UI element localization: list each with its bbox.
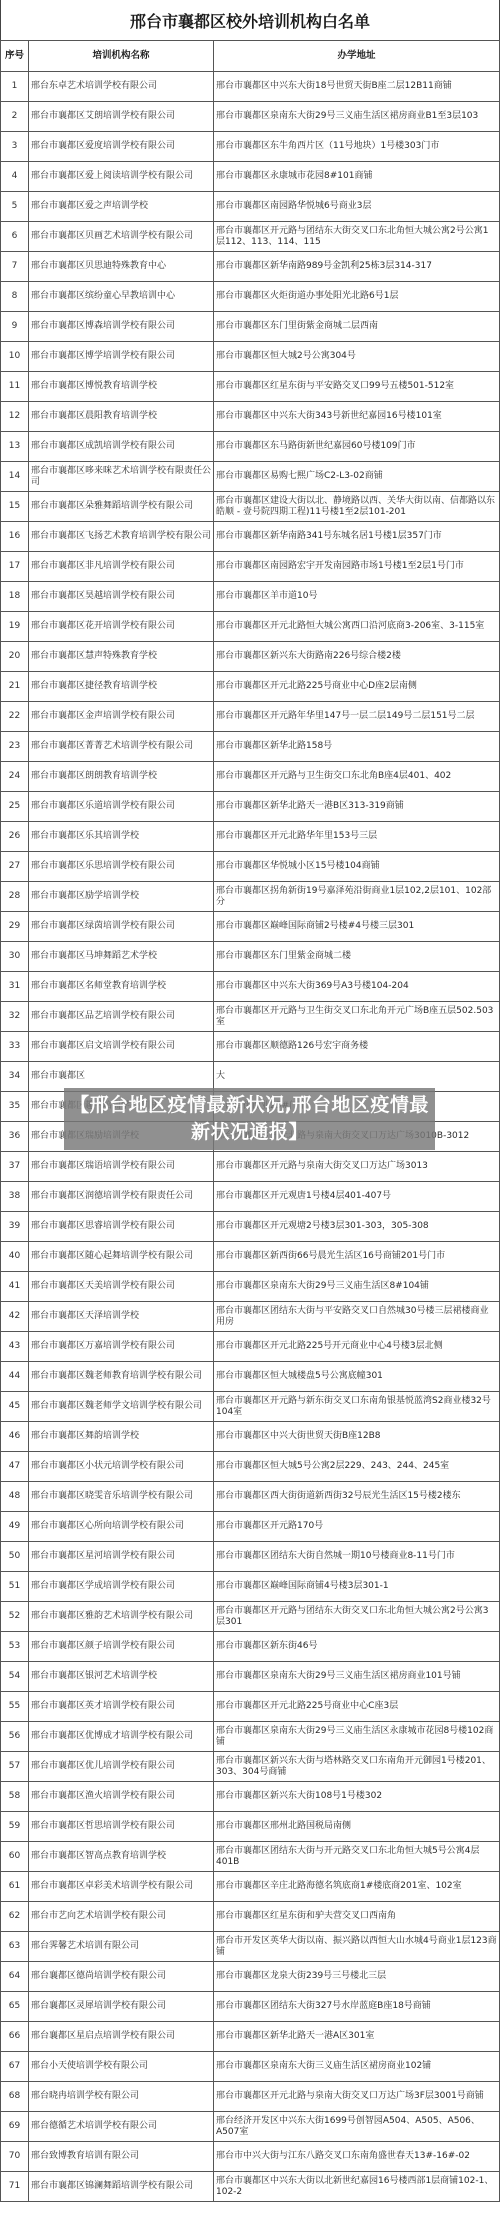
table-row: 31邢台市襄都区名师堂教育培训学校邢台市襄都区中兴东大街369号A3号楼104-… (1, 972, 500, 1002)
row-institution-name: 邢台市襄都区小状元培训学校有限公司 (29, 1452, 214, 1482)
row-address: 邢台市襄都区顺德路126号宏宇商务楼 (214, 1032, 500, 1062)
row-address: 邢台市襄都区东门里紫金商城二楼 (214, 942, 500, 972)
row-address: 邢台市襄都区华悦城小区15号楼104商铺 (214, 852, 500, 882)
row-institution-name: 邢台市襄都区乐道培训学校有限公司 (29, 792, 214, 822)
row-address: 邢台市襄都区巅峰国际商铺4号楼3层301-1 (214, 1572, 500, 1602)
table-row: 18邢台市襄都区昊越培训学校有限公司邢台市襄都区羊市道10号 (1, 582, 500, 612)
row-address: 邢台市襄都区中兴大街世贸天街B座12B8 (214, 1422, 500, 1452)
row-seq: 48 (1, 1482, 29, 1512)
row-institution-name: 邢台市襄都区贝思迪特殊教育中心 (29, 252, 214, 282)
table-row: 51邢台市襄都区学成培训学校有限公司邢台市襄都区巅峰国际商铺4号楼3层301-1 (1, 1572, 500, 1602)
row-institution-name: 邢台市襄都区星河培训学校有限公司 (29, 1542, 214, 1572)
table-row: 16邢台市襄都区飞扬艺术教育培训学校有限公司邢台市襄都区新华南路341号东城名居… (1, 522, 500, 552)
row-address: 邢台市襄都区开元北路与泉南大街交叉口万达广场3F层3001号商铺 (214, 2082, 500, 2112)
table-row: 56邢台市襄都区优博成才培训学校有限公司邢台市襄都区泉南东大街29号三义庙生活区… (1, 1722, 500, 1752)
row-institution-name: 邢台市襄都区博悦教育培训学校 (29, 372, 214, 402)
row-seq: 57 (1, 1752, 29, 1782)
row-address: 邢台市襄都区新西街66号晨光生活区16号商铺201号门市 (214, 1242, 500, 1272)
table-row: 24邢台市襄都区朗朗教育培训学校邢台市襄都区开元路与卫生街交口东北角B座4层40… (1, 762, 500, 792)
row-seq: 22 (1, 702, 29, 732)
row-institution-name: 邢台市襄都区金声培训学校有限公司 (29, 702, 214, 732)
table-row: 55邢台市襄都区英才培训学校有限公司邢台市襄都区开元北路225号商业中心C座3层 (1, 1692, 500, 1722)
row-seq: 6 (1, 222, 29, 252)
table-row: 42邢台市襄都区天泽培训学校邢台市襄都区团结东大街与平安路交叉口自然城30号楼三… (1, 1302, 500, 1332)
row-institution-name: 邢台市襄都区学成培训学校有限公司 (29, 1572, 214, 1602)
row-address: 邢台市襄都区新东街46号 (214, 1632, 500, 1662)
table-row: 1邢台东卓艺术培训学校有限公司邢台市襄都区中兴东大街18号世贸天街B座二层12B… (1, 72, 500, 102)
row-seq: 38 (1, 1182, 29, 1212)
row-address: 邢台市襄都区开元观塘2号楼3层301-303，305-308 (214, 1212, 500, 1242)
table-row: 15邢台市襄都区朵雅舞蹈培训学校有限公司邢台市襄都区建设大街以北、静境路以西、关… (1, 492, 500, 522)
row-institution-name: 邢台襄都区灵犀培训学校有限公司 (29, 1992, 214, 2022)
row-seq: 42 (1, 1302, 29, 1332)
table-header-row: 序号 培训机构名称 办学地址 (1, 41, 500, 72)
table-row: 62邢台市艺向艺术培训学校有限公司邢台市襄都区红星东街和驴夫营交叉口西南角 (1, 1902, 500, 1932)
table-row: 11邢台市襄都区博悦教育培训学校邢台市襄都区红星东街与平安路交叉口99号五楼50… (1, 372, 500, 402)
row-seq: 36 (1, 1122, 29, 1152)
row-institution-name: 邢台市襄都区缤纷童心早教培训中心 (29, 282, 214, 312)
table-row: 47邢台市襄都区小状元培训学校有限公司邢台市襄都区恒大城5号公寓2层229、24… (1, 1452, 500, 1482)
table-row: 28邢台市襄都区励学培训学校邢台市襄都区拐角新街19号嘉泽苑沿街商业1层102,… (1, 882, 500, 912)
row-institution-name: 邢台市襄都区思睿培训学校有限公司 (29, 1212, 214, 1242)
row-institution-name: 邢台市襄都区花开培训学校有限公司 (29, 612, 214, 642)
row-address: 邢台市襄都区团结东大街与平安路交叉口自然城30号楼三层裙楼商业用房 (214, 1302, 500, 1332)
row-institution-name: 邢台市襄都区博森培训学校有限公司 (29, 312, 214, 342)
row-address: 邢台市襄都区辛庄北路海德名筑底商1#楼底商201室、102室 (214, 1872, 500, 1902)
row-institution-name: 邢台市襄都区昊越培训学校有限公司 (29, 582, 214, 612)
table-row: 50邢台市襄都区星河培训学校有限公司邢台市襄都区团结东大街自然城一期10号楼商业… (1, 1542, 500, 1572)
table-row: 41邢台市襄都区天美培训学校有限公司邢台市襄都区泉南东大街29号三义庙生活区8#… (1, 1272, 500, 1302)
row-address: 邢台市襄都区中兴东大街343号新世纪嘉园16号楼101室 (214, 402, 500, 432)
row-address: 邢台市襄都区开元路170号 (214, 1512, 500, 1542)
row-seq: 65 (1, 1992, 29, 2022)
row-seq: 8 (1, 282, 29, 312)
table-row: 34邢台市襄都区大 (1, 1062, 500, 1092)
table-row: 27邢台市襄都区乐思培训学校有限公司邢台市襄都区华悦城小区15号楼104商铺 (1, 852, 500, 882)
row-seq: 7 (1, 252, 29, 282)
row-institution-name: 邢台市襄都区智高点教育培训学校 (29, 1842, 214, 1872)
row-address: 邢台市襄都区开元北路225号开元商业中心4号楼3层北侧 (214, 1332, 500, 1362)
row-seq: 4 (1, 162, 29, 192)
row-institution-name: 邢台市襄都区英才培训学校有限公司 (29, 1692, 214, 1722)
row-institution-name: 邢台市襄都区乐其培训学校 (29, 822, 214, 852)
row-address: 邢台市襄都区泉南东大街29号三义庙生活区8#104铺 (214, 1272, 500, 1302)
table-row: 6邢台市襄都区贝画艺术培训学校有限公司邢台市襄都区开元路与团结东大街交叉口东北角… (1, 222, 500, 252)
row-institution-name: 邢台市襄都区朗朗教育培训学校 (29, 762, 214, 792)
row-address: 邢台市襄都区新兴东大街108号1号楼302 (214, 1782, 500, 1812)
table-row: 29邢台市襄都区绿茵培训学校有限公司邢台市襄都区巅峰国际商铺2号楼#4号楼三层3… (1, 912, 500, 942)
row-institution-name: 邢台市襄都区成凯培训学校有限公司 (29, 432, 214, 462)
row-address: 邢台市襄都区泉南东大街三义庙生活区裙房商业102铺 (214, 2052, 500, 2082)
row-seq: 5 (1, 192, 29, 222)
table-row: 12邢台市襄都区晨阳教育培训学校邢台市襄都区中兴东大街343号新世纪嘉园16号楼… (1, 402, 500, 432)
column-header-name: 培训机构名称 (29, 41, 214, 72)
row-seq: 66 (1, 2022, 29, 2052)
row-seq: 13 (1, 432, 29, 462)
row-address: 邢台市襄都区团结东大街自然城一期10号楼商业8-11号门市 (214, 1542, 500, 1572)
row-address: 邢台市襄都区泉南东大街29号三义庙生活区永康城市花园8号楼102商铺 (214, 1722, 500, 1752)
table-row: 4邢台市襄都区爱上阅读培训学校有限公司邢台市襄都区永康城市花园8#101商铺 (1, 162, 500, 192)
table-row: 19邢台市襄都区花开培训学校有限公司邢台市襄都区开元北路恒大城公寓西口沿河底商3… (1, 612, 500, 642)
row-seq: 23 (1, 732, 29, 762)
row-seq: 33 (1, 1032, 29, 1062)
row-seq: 20 (1, 642, 29, 672)
row-address: 邢台市襄都区恒大城楼盘5号公寓底幢301 (214, 1362, 500, 1392)
row-institution-name: 邢台市襄都区朵雅舞蹈培训学校有限公司 (29, 492, 214, 522)
row-institution-name: 邢台市襄都区天泽培训学校 (29, 1302, 214, 1332)
row-seq: 67 (1, 2052, 29, 2082)
table-row: 49邢台市襄都区心所向培训学校有限公司邢台市襄都区开元路170号 (1, 1512, 500, 1542)
row-seq: 60 (1, 1842, 29, 1872)
row-seq: 44 (1, 1362, 29, 1392)
row-institution-name: 邢台东卓艺术培训学校有限公司 (29, 72, 214, 102)
row-seq: 68 (1, 2082, 29, 2112)
row-seq: 9 (1, 312, 29, 342)
row-institution-name: 邢台襄都区德尚培训学校有限公司 (29, 1962, 214, 1992)
table-row: 25邢台市襄都区乐道培训学校有限公司邢台市襄都区新华北路天一港B区313-319… (1, 792, 500, 822)
table-row: 46邢台市襄都区舞韵培训学校邢台市襄都区中兴大街世贸天街B座12B8 (1, 1422, 500, 1452)
table-row: 61邢台市襄都区卓彩美术培训学校有限公司邢台市襄都区辛庄北路海德名筑底商1#楼底… (1, 1872, 500, 1902)
row-institution-name: 邢台市襄都区心所向培训学校有限公司 (29, 1512, 214, 1542)
table-row: 14邢台市襄都区哆来咪艺术培训学校有限责任公司邢台市襄都区易购七熙广场C2-L3… (1, 462, 500, 492)
table-row: 63邢台霁馨艺术培训有限公司邢台市开发区英华大街以南、振兴路以西恒大山水城4号商… (1, 1932, 500, 1962)
table-row: 70邢台致博教育培训有限公司邢台市中兴大街与江东八路交叉口东南角盛世春天13#-… (1, 2142, 500, 2172)
row-address: 邢台市襄都区西大街街道新西街32号辰光生活区15号楼2楼东 (214, 1482, 500, 1512)
row-address: 邢台市襄都区新华北路天一港A区301室 (214, 2022, 500, 2052)
row-institution-name: 邢台市艺向艺术培训学校有限公司 (29, 1902, 214, 1932)
table-row: 17邢台市襄都区非凡培训学校有限公司邢台市襄都区南园路宏宇开发南园路市场1号楼1… (1, 552, 500, 582)
table-row: 69邢台德循艺术培训学校有限公司邢台经济开发区中兴东大街1699号创智园A504… (1, 2112, 500, 2142)
row-seq: 14 (1, 462, 29, 492)
table-row: 53邢台市襄都区颜子培训学校有限公司邢台市襄都区新东街46号 (1, 1632, 500, 1662)
row-institution-name: 邢台市襄都区慧声特殊教育学校 (29, 642, 214, 672)
row-address: 邢台市襄都区开元路与卫生街交叉口东北角开元广场B座五层502.503室 (214, 1002, 500, 1032)
row-address: 邢台市襄都区泉南东大街29号三义庙生活区裙房商业B1至3层103 (214, 102, 500, 132)
row-institution-name: 邢台市襄都区品艺培训学校有限公司 (29, 1002, 214, 1032)
row-seq: 21 (1, 672, 29, 702)
row-address: 邢台市襄都区巅峰国际商铺2号楼#4号楼三层301 (214, 912, 500, 942)
row-seq: 58 (1, 1782, 29, 1812)
row-address: 大 (214, 1062, 500, 1092)
row-institution-name: 邢台市襄都区爱上阅读培训学校有限公司 (29, 162, 214, 192)
table-row: 40邢台市襄都区随心起舞培训学校有限公司邢台市襄都区新西街66号晨光生活区16号… (1, 1242, 500, 1272)
row-institution-name: 邢台市襄都区渔火培训学校有限公司 (29, 1782, 214, 1812)
row-institution-name: 邢台市襄都区晓雯音乐培训学校有限公司 (29, 1482, 214, 1512)
row-address: 邢台市襄都区开元北路225号商业中心C座3层 (214, 1692, 500, 1722)
table-row: 10邢台市襄都区博学培训学校有限公司邢台市襄都区恒大城2号公寓304号 (1, 342, 500, 372)
row-institution-name: 邢台市襄都区博学培训学校有限公司 (29, 342, 214, 372)
row-seq: 69 (1, 2112, 29, 2142)
row-seq: 16 (1, 522, 29, 552)
row-seq: 31 (1, 972, 29, 1002)
row-institution-name: 邢台市襄都区银河艺术培训学校 (29, 1662, 214, 1692)
row-seq: 51 (1, 1572, 29, 1602)
row-seq: 27 (1, 852, 29, 882)
row-institution-name: 邢台市襄都区雅韵艺术培训学校有限公司 (29, 1602, 214, 1632)
row-institution-name: 邢台市襄都区卓彩美术培训学校有限公司 (29, 1872, 214, 1902)
row-institution-name: 邢台晓冉培训学校有限公司 (29, 2082, 214, 2112)
row-seq: 43 (1, 1332, 29, 1362)
row-address: 邢台市襄都区团结东大街与开元路交叉口东北角恒大城5号公寓4层401B (214, 1842, 500, 1872)
table-row: 30邢台市襄都区马坤舞蹈艺术学校邢台市襄都区东门里紫金商城二楼 (1, 942, 500, 972)
row-address: 邢台市襄都区新华北路天一港B区313-319商铺 (214, 792, 500, 822)
row-institution-name: 邢台市襄都区锦澜舞蹈培训学校有限公司 (29, 2172, 214, 2202)
row-institution-name: 邢台市襄都区晨阳教育培训学校 (29, 402, 214, 432)
row-address: 邢台市襄都区拐角新街19号嘉泽苑沿街商业1层102,2层101、102部分 (214, 882, 500, 912)
table-row: 39邢台市襄都区思睿培训学校有限公司邢台市襄都区开元观塘2号楼3层301-303… (1, 1212, 500, 1242)
row-seq: 10 (1, 342, 29, 372)
row-institution-name: 邢台德循艺术培训学校有限公司 (29, 2112, 214, 2142)
table-row: 48邢台市襄都区晓雯音乐培训学校有限公司邢台市襄都区西大街街道新西街32号辰光生… (1, 1482, 500, 1512)
row-seq: 39 (1, 1212, 29, 1242)
row-institution-name: 邢台市襄都区励学培训学校 (29, 882, 214, 912)
row-address: 邢台市襄都区中兴东大街18号世贸天街B座二层12B11商铺 (214, 72, 500, 102)
row-institution-name: 邢台市襄都区哲思培训学校有限公司 (29, 1812, 214, 1842)
row-seq: 62 (1, 1902, 29, 1932)
row-address: 邢台市襄都区开元路年华里147号一层二层149号二层151号二层 (214, 702, 500, 732)
row-address: 邢台市襄都区开元路与泉南大街交叉口万达广场3013 (214, 1152, 500, 1182)
row-institution-name: 邢台市襄都区瑞语培训学校有限公司 (29, 1152, 214, 1182)
row-seq: 24 (1, 762, 29, 792)
row-address: 邢台市襄都区恒大城2号公寓304号 (214, 342, 500, 372)
row-seq: 37 (1, 1152, 29, 1182)
row-institution-name: 邢台市襄都区马坤舞蹈艺术学校 (29, 942, 214, 972)
row-seq: 59 (1, 1812, 29, 1842)
row-institution-name: 邢台市襄都区优博成才培训学校有限公司 (29, 1722, 214, 1752)
column-header-address: 办学地址 (214, 41, 500, 72)
row-address: 邢台市襄都区红星东街与平安路交叉口99号五楼501-512室 (214, 372, 500, 402)
row-institution-name: 邢台市襄都区润德培训学校有限责任公司 (29, 1182, 214, 1212)
row-address: 邢台市襄都区开元北路225号商业中心D座2层南侧 (214, 672, 500, 702)
row-seq: 18 (1, 582, 29, 612)
row-address: 邢台市襄都区东牛角西片区（11号地块）1号楼303门市 (214, 132, 500, 162)
row-address: 邢台市襄都区龙泉大街239号三号楼北三层 (214, 1962, 500, 1992)
table-row: 13邢台市襄都区成凯培训学校有限公司邢台市襄都区东马路街新世纪嘉园60号楼109… (1, 432, 500, 462)
row-address: 邢台市襄都区易购七熙广场C2-L3-02商铺 (214, 462, 500, 492)
table-row: 58邢台市襄都区渔火培训学校有限公司邢台市襄都区新兴东大街108号1号楼302 (1, 1782, 500, 1812)
row-seq: 46 (1, 1422, 29, 1452)
row-address: 邢台市襄都区开元路与新东街交叉口东南角银基悦蓝湾S2商业楼32号104室 (214, 1392, 500, 1422)
table-row: 71邢台市襄都区锦澜舞蹈培训学校有限公司邢台市襄都区中兴东大街以北新世纪嘉园16… (1, 2172, 500, 2202)
table-row: 33邢台市襄都区启文培训学校有限公司邢台市襄都区顺德路126号宏宇商务楼 (1, 1032, 500, 1062)
row-seq: 2 (1, 102, 29, 132)
row-seq: 61 (1, 1872, 29, 1902)
row-institution-name: 邢台市襄都区魏老师教育培训学校有限公司 (29, 1362, 214, 1392)
row-address: 邢台市襄都区邢州北路国税局南侧 (214, 1812, 500, 1842)
row-address: 邢台市襄都区新华北路158号 (214, 732, 500, 762)
row-seq: 29 (1, 912, 29, 942)
row-institution-name: 邢台市襄都区魏老师学文培训学校有限公司 (29, 1392, 214, 1422)
row-address: 邢台市襄都区羊市道10号 (214, 582, 500, 612)
table-row: 67邢台小天使培训学校有限公司邢台市襄都区泉南东大街三义庙生活区裙房商业102铺 (1, 2052, 500, 2082)
row-seq: 1 (1, 72, 29, 102)
table-row: 3邢台市襄都区爱度培训学校有限公司邢台市襄都区东牛角西片区（11号地块）1号楼3… (1, 132, 500, 162)
table-row: 60邢台市襄都区智高点教育培训学校邢台市襄都区团结东大街与开元路交叉口东北角恒大… (1, 1842, 500, 1872)
row-institution-name: 邢台市襄都区随心起舞培训学校有限公司 (29, 1242, 214, 1272)
row-seq: 34 (1, 1062, 29, 1092)
row-institution-name: 邢台霁馨艺术培训有限公司 (29, 1932, 214, 1962)
row-institution-name: 邢台市襄都区飞扬艺术教育培训学校有限公司 (29, 522, 214, 552)
row-seq: 49 (1, 1512, 29, 1542)
row-seq: 71 (1, 2172, 29, 2202)
row-address: 邢台市襄都区东马路街新世纪嘉园60号楼109门市 (214, 432, 500, 462)
table-row: 65邢台襄都区灵犀培训学校有限公司邢台市襄都区团结东大街327号水岸蓝庭B座18… (1, 1992, 500, 2022)
overlay-banner: 【邢台地区疫情最新状况,邢台地区疫情最新状况通报】 (64, 1088, 435, 1150)
row-address: 邢台市襄都区开元北路恒大城公寓西口沿河底商3-206室、3-115室 (214, 612, 500, 642)
row-institution-name: 邢台小天使培训学校有限公司 (29, 2052, 214, 2082)
row-institution-name: 邢台市襄都区启文培训学校有限公司 (29, 1032, 214, 1062)
row-seq: 17 (1, 552, 29, 582)
row-address: 邢台市襄都区中兴东大街以北新世纪嘉园16号楼西部1层商铺102-1、102-2 (214, 2172, 500, 2202)
table-row: 64邢台襄都区德尚培训学校有限公司邢台市襄都区龙泉大街239号三号楼北三层 (1, 1962, 500, 1992)
row-seq: 52 (1, 1602, 29, 1632)
table-row: 5邢台市襄都区爱之声培训学校邢台市襄都区南园路华悦城6号商业3层 (1, 192, 500, 222)
row-address: 邢台经济开发区中兴东大街1699号创智园A504、A505、A506、A507室 (214, 2112, 500, 2142)
row-address: 邢台市襄都区南园路华悦城6号商业3层 (214, 192, 500, 222)
table-row: 9邢台市襄都区博森培训学校有限公司邢台市襄都区东门里街紫金商城二层西南 (1, 312, 500, 342)
table-row: 37邢台市襄都区瑞语培训学校有限公司邢台市襄都区开元路与泉南大街交叉口万达广场3… (1, 1152, 500, 1182)
row-address: 邢台市襄都区南园路宏宇开发南园路市场1号楼1至2层1号门市 (214, 552, 500, 582)
row-seq: 54 (1, 1662, 29, 1692)
row-institution-name: 邢台市襄都区爱之声培训学校 (29, 192, 214, 222)
row-address: 邢台市襄都区开元路与卫生街交口东北角B座4层401、402 (214, 762, 500, 792)
row-seq: 12 (1, 402, 29, 432)
table-row: 8邢台市襄都区缤纷童心早教培训中心邢台市襄都区火炬街道办事处阳光北路6号1层 (1, 282, 500, 312)
row-address: 邢台市襄都区中兴东大街369号A3号楼104-204 (214, 972, 500, 1002)
row-address: 邢台市襄都区新华南路989号金凯利25栋3层314-317 (214, 252, 500, 282)
table-row: 52邢台市襄都区雅韵艺术培训学校有限公司邢台市襄都区开元路与团结东大街交叉口东北… (1, 1602, 500, 1632)
row-institution-name: 邢台襄都区星启点培训学校有限公司 (29, 2022, 214, 2052)
column-header-seq: 序号 (1, 41, 29, 72)
row-address: 邢台市襄都区开元路与团结东大街交叉口东北角恒大城公寓2号公寓1层112、113、… (214, 222, 500, 252)
row-address: 邢台市襄都区红星东街和驴夫营交叉口西南角 (214, 1902, 500, 1932)
row-address: 邢台市襄都区新兴东大街与塔林路交叉口东南角开元御园1号楼201、303、304号… (214, 1752, 500, 1782)
table-row: 44邢台市襄都区魏老师教育培训学校有限公司邢台市襄都区恒大城楼盘5号公寓底幢30… (1, 1362, 500, 1392)
row-seq: 28 (1, 882, 29, 912)
row-institution-name: 邢台市襄都区优儿培训学校有限公司 (29, 1752, 214, 1782)
row-address: 邢台市襄都区新兴东大街路南226号综合楼2楼 (214, 642, 500, 672)
row-seq: 55 (1, 1692, 29, 1722)
row-address: 邢台市襄都区建设大街以北、静境路以西、关华大街以南、信都路以东皓顺 - 壹号院四… (214, 492, 500, 522)
row-address: 邢台市襄都区新华南路341号东城名居1号楼1层357门市 (214, 522, 500, 552)
table-row: 45邢台市襄都区魏老师学文培训学校有限公司邢台市襄都区开元路与新东街交叉口东南角… (1, 1392, 500, 1422)
row-address: 邢台市襄都区开元北路华年里153号三层 (214, 822, 500, 852)
table-row: 59邢台市襄都区哲思培训学校有限公司邢台市襄都区邢州北路国税局南侧 (1, 1812, 500, 1842)
row-institution-name: 邢台市襄都区菁菁艺术培训学校有限公司 (29, 732, 214, 762)
row-institution-name: 邢台市襄都区绿茵培训学校有限公司 (29, 912, 214, 942)
row-address: 邢台市襄都区团结东大街327号水岸蓝庭B座18号商铺 (214, 1992, 500, 2022)
table-row: 22邢台市襄都区金声培训学校有限公司邢台市襄都区开元路年华里147号一层二层14… (1, 702, 500, 732)
row-institution-name: 邢台市襄都区舞韵培训学校 (29, 1422, 214, 1452)
row-seq: 26 (1, 822, 29, 852)
row-address: 邢台市襄都区火炬街道办事处阳光北路6号1层 (214, 282, 500, 312)
row-seq: 64 (1, 1962, 29, 1992)
row-address: 邢台市襄都区东门里街紫金商城二层西南 (214, 312, 500, 342)
row-seq: 41 (1, 1272, 29, 1302)
row-address: 邢台市中兴大街与江东八路交叉口东南角盛世春天13#-16#-02 (214, 2142, 500, 2172)
table-row: 2邢台市襄都区艾朗培训学校有限公司邢台市襄都区泉南东大街29号三义庙生活区裙房商… (1, 102, 500, 132)
table-row: 54邢台市襄都区银河艺术培训学校邢台市襄都区泉南东大街29号三义庙生活区裙房商业… (1, 1662, 500, 1692)
row-seq: 15 (1, 492, 29, 522)
table-row: 68邢台晓冉培训学校有限公司邢台市襄都区开元北路与泉南大街交叉口万达广场3F层3… (1, 2082, 500, 2112)
row-seq: 45 (1, 1392, 29, 1422)
row-seq: 11 (1, 372, 29, 402)
row-seq: 53 (1, 1632, 29, 1662)
table-row: 38邢台市襄都区润德培训学校有限责任公司邢台市襄都区开元观唐1号楼4层401-4… (1, 1182, 500, 1212)
row-institution-name: 邢台市襄都区万嘉培训学校有限公司 (29, 1332, 214, 1362)
row-institution-name: 邢台市襄都区艾朗培训学校有限公司 (29, 102, 214, 132)
row-institution-name: 邢台市襄都区哆来咪艺术培训学校有限责任公司 (29, 462, 214, 492)
row-institution-name: 邢台市襄都区贝画艺术培训学校有限公司 (29, 222, 214, 252)
row-seq: 40 (1, 1242, 29, 1272)
row-address: 邢台市襄都区开元观唐1号楼4层401-407号 (214, 1182, 500, 1212)
table-row: 20邢台市襄都区慧声特殊教育学校邢台市襄都区新兴东大街路南226号综合楼2楼 (1, 642, 500, 672)
row-seq: 50 (1, 1542, 29, 1572)
table-row: 43邢台市襄都区万嘉培训学校有限公司邢台市襄都区开元北路225号开元商业中心4号… (1, 1332, 500, 1362)
row-institution-name: 邢台市襄都区捷径教育培训学校 (29, 672, 214, 702)
table-row: 23邢台市襄都区菁菁艺术培训学校有限公司邢台市襄都区新华北路158号 (1, 732, 500, 762)
row-institution-name: 邢台市襄都区名师堂教育培训学校 (29, 972, 214, 1002)
row-seq: 47 (1, 1452, 29, 1482)
row-institution-name: 邢台市襄都区 (29, 1062, 214, 1092)
row-seq: 70 (1, 2142, 29, 2172)
table-row: 57邢台市襄都区优儿培训学校有限公司邢台市襄都区新兴东大街与塔林路交叉口东南角开… (1, 1752, 500, 1782)
row-institution-name: 邢台市襄都区天美培训学校有限公司 (29, 1272, 214, 1302)
table-row: 26邢台市襄都区乐其培训学校邢台市襄都区开元北路华年里153号三层 (1, 822, 500, 852)
row-seq: 3 (1, 132, 29, 162)
row-seq: 35 (1, 1092, 29, 1122)
document-title: 邢台市襄都区校外培训机构白名单 (0, 0, 500, 40)
row-institution-name: 邢台市襄都区爱度培训学校有限公司 (29, 132, 214, 162)
row-address: 邢台市襄都区永康城市花园8#101商铺 (214, 162, 500, 192)
row-address: 邢台市襄都区恒大城5号公寓2层229、243、244、245室 (214, 1452, 500, 1482)
row-institution-name: 邢台市襄都区乐思培训学校有限公司 (29, 852, 214, 882)
table-row: 21邢台市襄都区捷径教育培训学校邢台市襄都区开元北路225号商业中心D座2层南侧 (1, 672, 500, 702)
row-seq: 63 (1, 1932, 29, 1962)
table-row: 66邢台襄都区星启点培训学校有限公司邢台市襄都区新华北路天一港A区301室 (1, 2022, 500, 2052)
row-institution-name: 邢台市襄都区颜子培训学校有限公司 (29, 1632, 214, 1662)
row-institution-name: 邢台市襄都区非凡培训学校有限公司 (29, 552, 214, 582)
row-address: 邢台市开发区英华大街以南、振兴路以西恒大山水城4号商业1层123商铺 (214, 1932, 500, 1962)
row-seq: 32 (1, 1002, 29, 1032)
row-institution-name: 邢台致博教育培训有限公司 (29, 2142, 214, 2172)
row-seq: 30 (1, 942, 29, 972)
table-row: 7邢台市襄都区贝思迪特殊教育中心邢台市襄都区新华南路989号金凯利25栋3层31… (1, 252, 500, 282)
row-seq: 19 (1, 612, 29, 642)
row-address: 邢台市襄都区泉南东大街29号三义庙生活区裙房商业101号铺 (214, 1662, 500, 1692)
row-seq: 25 (1, 792, 29, 822)
row-seq: 56 (1, 1722, 29, 1752)
row-address: 邢台市襄都区开元路与团结东大街交叉口东北角恒大城公寓2号公寓3层301 (214, 1602, 500, 1632)
table-row: 32邢台市襄都区品艺培训学校有限公司邢台市襄都区开元路与卫生街交叉口东北角开元广… (1, 1002, 500, 1032)
